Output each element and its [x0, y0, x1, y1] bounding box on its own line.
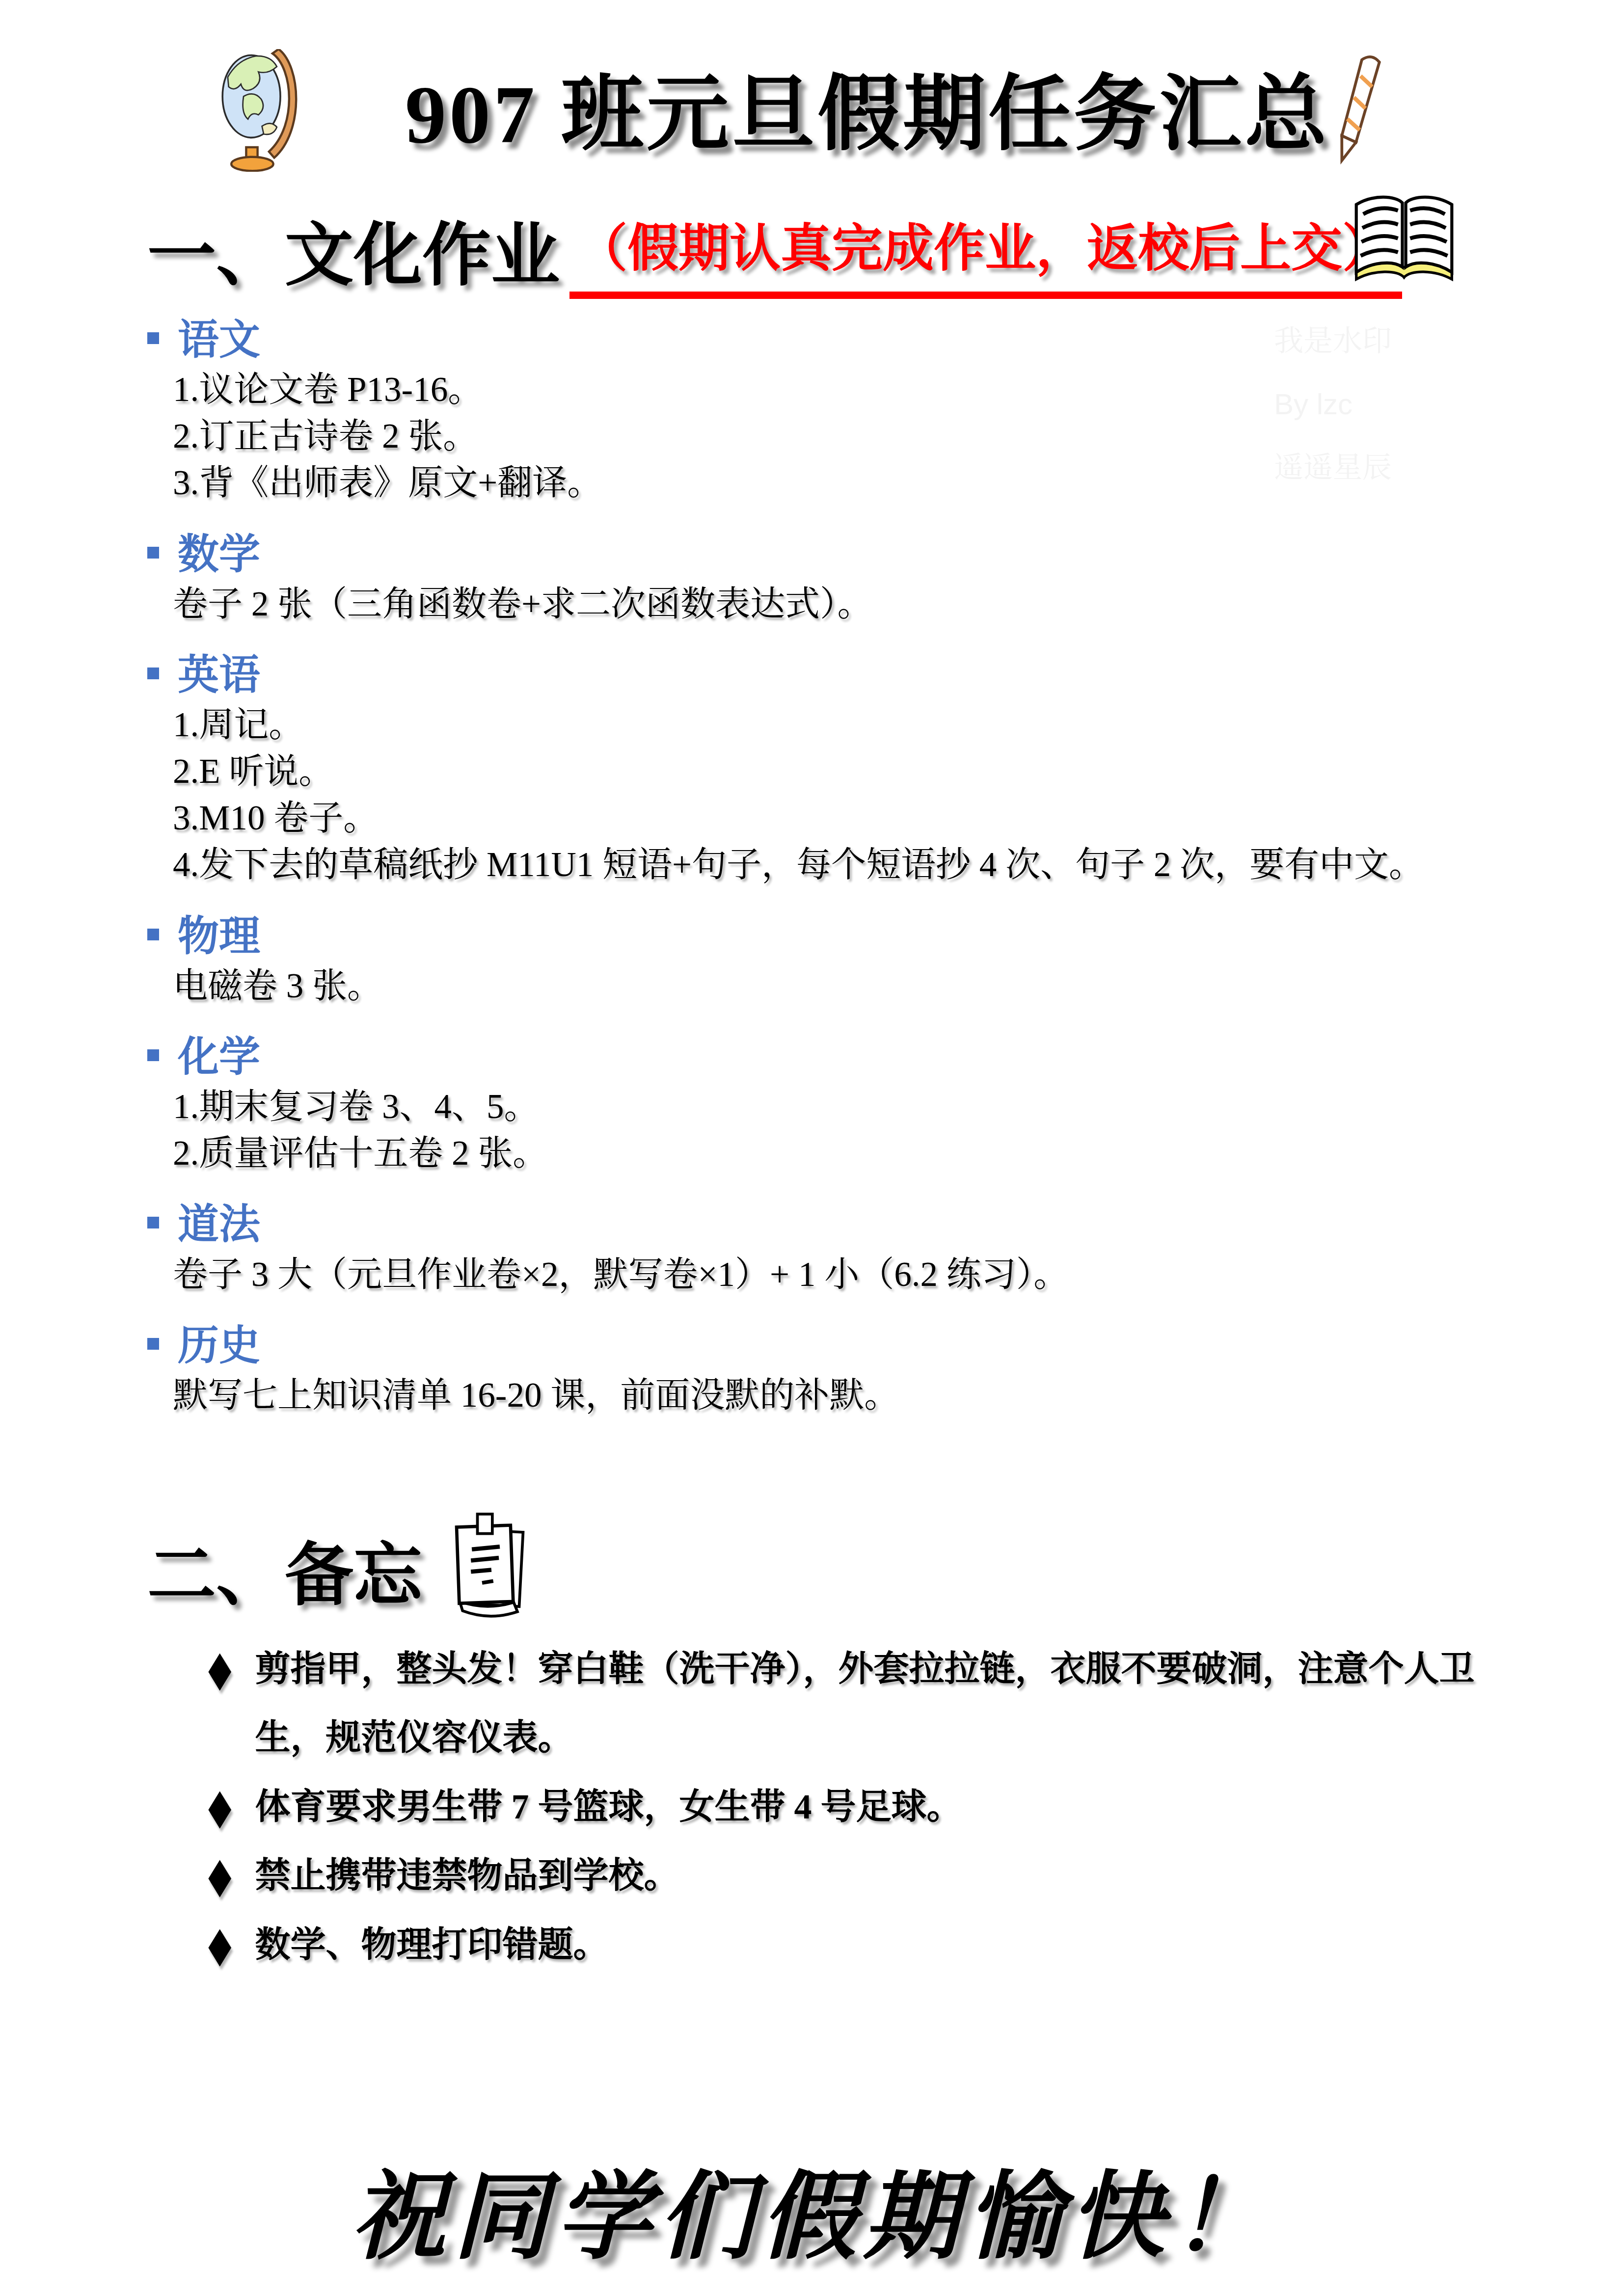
- memo-item: ◆ 体育要求男生带 7 号篮球，女生带 4 号足球。: [206, 1772, 1581, 1841]
- homework-item: 默写七上知识清单 16-20 课，前面没默的补默。: [173, 1372, 1576, 1419]
- homework-item: 2.质量评估十五卷 2 张。: [173, 1130, 1576, 1177]
- subject-name: 物理: [178, 913, 260, 959]
- bullet-square-icon: [147, 1217, 159, 1228]
- bullet-square-icon: [147, 667, 159, 679]
- subject-name: 数学: [178, 531, 260, 577]
- bullet-square-icon: [147, 1049, 159, 1061]
- memo-item-text: 数学、物理打印错题。: [255, 1910, 608, 1979]
- homework-item: 卷子 2 张（三角函数卷+求二次函数表达式）。: [173, 581, 1576, 628]
- document-page: 907 班元旦假期任务汇总 我是水印 By lzc 遥遥星辰 一、文化作业 （假…: [0, 0, 1624, 2296]
- bullet-square-icon: [147, 1338, 159, 1350]
- section1-note: （假期认真完成作业，返校后上交）: [569, 207, 1402, 299]
- page-title: 907 班元旦假期任务汇总: [405, 48, 1330, 166]
- subject-header: 物理: [147, 909, 1576, 963]
- section2-heading: 二、备忘: [147, 1520, 422, 1619]
- homework-item: 3.M10 卷子。: [173, 795, 1576, 842]
- bullet-square-icon: [147, 547, 159, 559]
- subject-header: 历史: [147, 1319, 1576, 1372]
- pencil-icon: [1308, 49, 1409, 169]
- subject-name: 历史: [178, 1322, 260, 1368]
- memo-list: ◆ 剪指甲，整头发！穿白鞋（洗干净），外套拉拉链，衣服不要破洞，注意个人卫生，规…: [206, 1634, 1581, 1979]
- section1-heading: 一、文化作业: [147, 200, 560, 299]
- homework-item: 卷子 3 大（元旦作业卷×2，默写卷×1）+ 1 小（6.2 练习）。: [173, 1252, 1576, 1298]
- homework-item: 1.周记。: [173, 702, 1576, 748]
- subject-block-physics: 物理 电磁卷 3 张。: [147, 909, 1576, 1010]
- bullet-square-icon: [147, 929, 159, 940]
- bullet-square-icon: [147, 332, 159, 344]
- homework-item: 4.发下去的草稿纸抄 M11U1 短语+句子，每个短语抄 4 次、句子 2 次，…: [173, 842, 1576, 888]
- subject-name: 化学: [178, 1034, 260, 1080]
- globe-icon: [214, 49, 307, 172]
- subject-block-english: 英语 1.周记。 2.E 听说。 3.M10 卷子。 4.发下去的草稿纸抄 M1…: [147, 648, 1576, 889]
- subject-block-history: 历史 默写七上知识清单 16-20 课，前面没默的补默。: [147, 1319, 1576, 1419]
- open-book-icon: [1348, 191, 1461, 287]
- footer-greeting: 祝同学们假期愉快！: [0, 2140, 1624, 2277]
- subject-block-chemistry: 化学 1.期末复习卷 3、4、5。 2.质量评估十五卷 2 张。: [147, 1030, 1576, 1177]
- section2: 二、备忘 ◆ 剪指甲，整头发！穿白鞋（洗干净），外套拉拉链，衣服不要破洞，注意个…: [147, 1519, 1581, 1979]
- subject-block-math: 数学 卷子 2 张（三角函数卷+求二次函数表达式）。: [147, 528, 1576, 628]
- subject-block-chinese: 语文 1.议论文卷 P13-16。 2.订正古诗卷 2 张。 3.背《出师表》原…: [147, 313, 1576, 507]
- homework-item: 2.E 听说。: [173, 748, 1576, 795]
- memo-item: ◆ 数学、物理打印错题。: [206, 1910, 1581, 1979]
- memo-note-icon: [447, 1512, 535, 1620]
- memo-item-text: 剪指甲，整头发！穿白鞋（洗干净），外套拉拉链，衣服不要破洞，注意个人卫生，规范仪…: [255, 1634, 1541, 1772]
- memo-item-text: 禁止携带违禁物品到学校。: [255, 1841, 679, 1910]
- subject-header: 语文: [147, 313, 1576, 367]
- subject-name: 英语: [178, 652, 260, 698]
- subject-header: 道法: [147, 1198, 1576, 1251]
- subject-name: 道法: [178, 1201, 260, 1247]
- subject-header: 数学: [147, 528, 1576, 581]
- homework-item: 电磁卷 3 张。: [173, 963, 1576, 1010]
- homework-item: 1.议论文卷 P13-16。: [173, 367, 1576, 413]
- subject-block-ethics: 道法 卷子 3 大（元旦作业卷×2，默写卷×1）+ 1 小（6.2 练习）。: [147, 1198, 1576, 1298]
- section1-subjects: 语文 1.议论文卷 P13-16。 2.订正古诗卷 2 张。 3.背《出师表》原…: [147, 313, 1576, 1419]
- homework-item: 3.背《出师表》原文+翻译。: [173, 460, 1576, 507]
- subject-header: 英语: [147, 648, 1576, 702]
- memo-item: ◆ 剪指甲，整头发！穿白鞋（洗干净），外套拉拉链，衣服不要破洞，注意个人卫生，规…: [206, 1634, 1581, 1772]
- diamond-bullet-icon: ◆: [209, 1900, 231, 1990]
- homework-item: 1.期末复习卷 3、4、5。: [173, 1084, 1576, 1130]
- subject-name: 语文: [178, 317, 260, 363]
- memo-item: ◆ 禁止携带违禁物品到学校。: [206, 1841, 1581, 1910]
- memo-item-text: 体育要求男生带 7 号篮球，女生带 4 号足球。: [255, 1772, 962, 1841]
- homework-item: 2.订正古诗卷 2 张。: [173, 413, 1576, 460]
- subject-header: 化学: [147, 1030, 1576, 1084]
